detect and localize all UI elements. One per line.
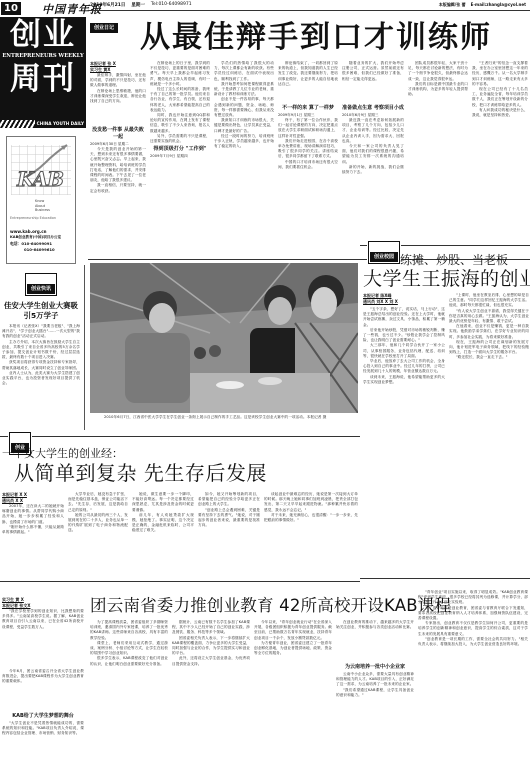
- photo-scene: [90, 263, 358, 413]
- wang-col-2: "上课时，他坐在教室后排，心里想的却是自己的生意。"同学们这样回忆王振海的大学生…: [449, 293, 529, 578]
- female-kicker: 一个女大学生的创业经：: [2, 447, 123, 460]
- header-editor-line: 本版编辑/张 蕾 E-mail:zhangla@cyol.net: [439, 2, 526, 8]
- female-col-5: 谈起创业中最难忘的经历，她说是第一次接到大订单的时候。那天晚上她和同事们加班到凌…: [264, 492, 358, 578]
- news-photo: [90, 263, 358, 413]
- main-col-6: 团队成员都很年轻，大家干劲十足，每天都在讨论新的想法，有时为了一个细节争论很久，…: [408, 61, 468, 161]
- main-col-7: "王者归来"的信念一直支撑着我，坐在办公室里回想这一年来的经历，感慨万千。从一名…: [472, 61, 528, 251]
- email: E-mail:zhangla@cyol.net: [471, 2, 526, 8]
- section-sub-en: CHINA YOUTH DAILY: [35, 120, 86, 128]
- kab-col-1: 实习生 黄 X 本报记者 张文X "我在学校里学到的创业知识，比我想象的要多得多…: [2, 597, 84, 763]
- female-col-2: 大学毕业后，她没有急于扩张，而是先稳住基本盘，保证公司能活下去。"先生存，后发展…: [68, 492, 128, 578]
- kab-logo: KAB: [17, 167, 63, 191]
- kab-col-2: 为了提高课程质量，团省委组织了多期师资培训班，邀请国内外专家授课，培养了一批优秀…: [90, 620, 168, 763]
- kab-col-5: 在创业教育的推动下，越来越多的大学生开始关注创业，并积极参与各类创业活动和比赛。…: [336, 620, 414, 763]
- wang-kicker: 练摊、炒股、当老板: [400, 253, 508, 267]
- top-rule: [88, 10, 530, 11]
- page-number-box: 10: [1, 2, 21, 15]
- main-headline: 从最佳辩手到口才训练师: [140, 19, 492, 57]
- section-sub-band: CHINA YOUTH DAILY: [0, 120, 86, 128]
- main-col-5: 随着业务的扩大，我们开始考虑注册公司，正式运营。虽然前面还有很多困难，但我们已经…: [342, 61, 404, 261]
- kab-headline: 团云南省委力推创业教育 42所高校开设KAB课程: [90, 595, 451, 617]
- female-bottom-rule: [0, 581, 360, 582]
- main-col-1: 本报记者 张 X 实习生 黄X 最佳辩手，激情四射，坐在他的对面，学到的不只是技…: [90, 61, 146, 261]
- editor: 本版编辑/张 蕾: [439, 2, 466, 8]
- female-tag-rule: [0, 436, 360, 437]
- female-col-3: 她说，做生意要一步一个脚印，不能好高骛远。每一个决定都要经过深思熟虑，尤其是涉及…: [132, 492, 194, 578]
- kab-ad: KAB Know About Business Entrepreneurship…: [6, 136, 76, 264]
- section-title-top: 创业: [0, 17, 86, 53]
- wang-headline: 大学生王振海的创业传奇: [363, 268, 530, 290]
- news-brief-headline: 佳安大学生创业大赛吸引5万学子: [3, 301, 79, 321]
- main-col-4: 辩论赛结束了，一切都回到了原来的轨道上，但我知道我的人生已经发生了改变。我还要继…: [278, 61, 338, 261]
- main-col-3: 学员们的热情给了我很大的动力，每次上课都会有新的收获。有些学员经过训练后，在面试…: [214, 61, 274, 261]
- kab-tagline: Entrepreneurship Education: [10, 216, 56, 220]
- kab-col-4: 今年以来，"青年创业就业行动"在全省深入开展，各级团组织积极为青年创业提供服务。…: [254, 620, 332, 763]
- news-brief-divider: [84, 265, 85, 430]
- kab-phone2: 010-64099610: [24, 247, 55, 252]
- female-headline: 从简单到复杂 先生存后发展: [14, 460, 267, 486]
- kab-col-6: "青年创业"项目实施以来，取得了明显成效。"KAB创业教育课程"受到学生欢迎，很…: [418, 590, 528, 763]
- kab-url[interactable]: www.kab.org.cn: [10, 229, 46, 234]
- section-title-en: ENTREPRENEURS WEEKLY: [0, 53, 86, 60]
- header-date-line: 2010年6月21日 星期一 Tel:010-64098971: [90, 2, 192, 8]
- phone: Tel:010-64098971: [151, 2, 192, 8]
- wang-bottom-rule: [360, 578, 530, 579]
- weekday: 星期一: [131, 2, 145, 8]
- main-col-2: 在辩论场上的日子里，我学到的不仅是技巧，更重要的是面对困难的勇气。每天早上我都会…: [150, 61, 210, 261]
- kab-org: KAB创业教育(中国)项目办公室: [10, 235, 61, 240]
- kab-words: Know About Business: [35, 199, 50, 213]
- kab-col-3: 据统计，云南已有数千名学生参加了KAB课程，其中不少人已经开始了自己的创业实践，…: [172, 620, 250, 763]
- wang-col-1: 本报记者 陈X峰 通讯员 刘X X 刘 X "五个字条，想好了，说实话，马上行动…: [363, 293, 445, 578]
- female-col-4: 如今，她又开始筹划新的项目，希望能把自己的经验分享给更多正在创业路上的大学生。 …: [198, 492, 260, 578]
- main-story-tag: 创业日记: [90, 14, 118, 33]
- section-masthead: 创业 ENTREPRENEURS WEEKLY 周刊: [0, 17, 86, 120]
- date: 2010年6月21日: [90, 2, 125, 8]
- photo-caption: 2010年6月7日，江西省中医大学学生在学生创业一条街上展示自己制作的手工艺品。…: [104, 415, 360, 431]
- news-brief: 创业快讯 佳安大学生创业大赛吸引5万学子 本报讯（记者张X）"我要当老板"、"我…: [0, 273, 82, 428]
- female-col-1: 本报记者 X X 通讯员 X X 2007年，还在读大二的她就开始琢磨创业的事情…: [2, 492, 64, 578]
- section-title-bottom: 周刊: [0, 60, 86, 98]
- wang-story-tag: 创业校园: [367, 241, 401, 264]
